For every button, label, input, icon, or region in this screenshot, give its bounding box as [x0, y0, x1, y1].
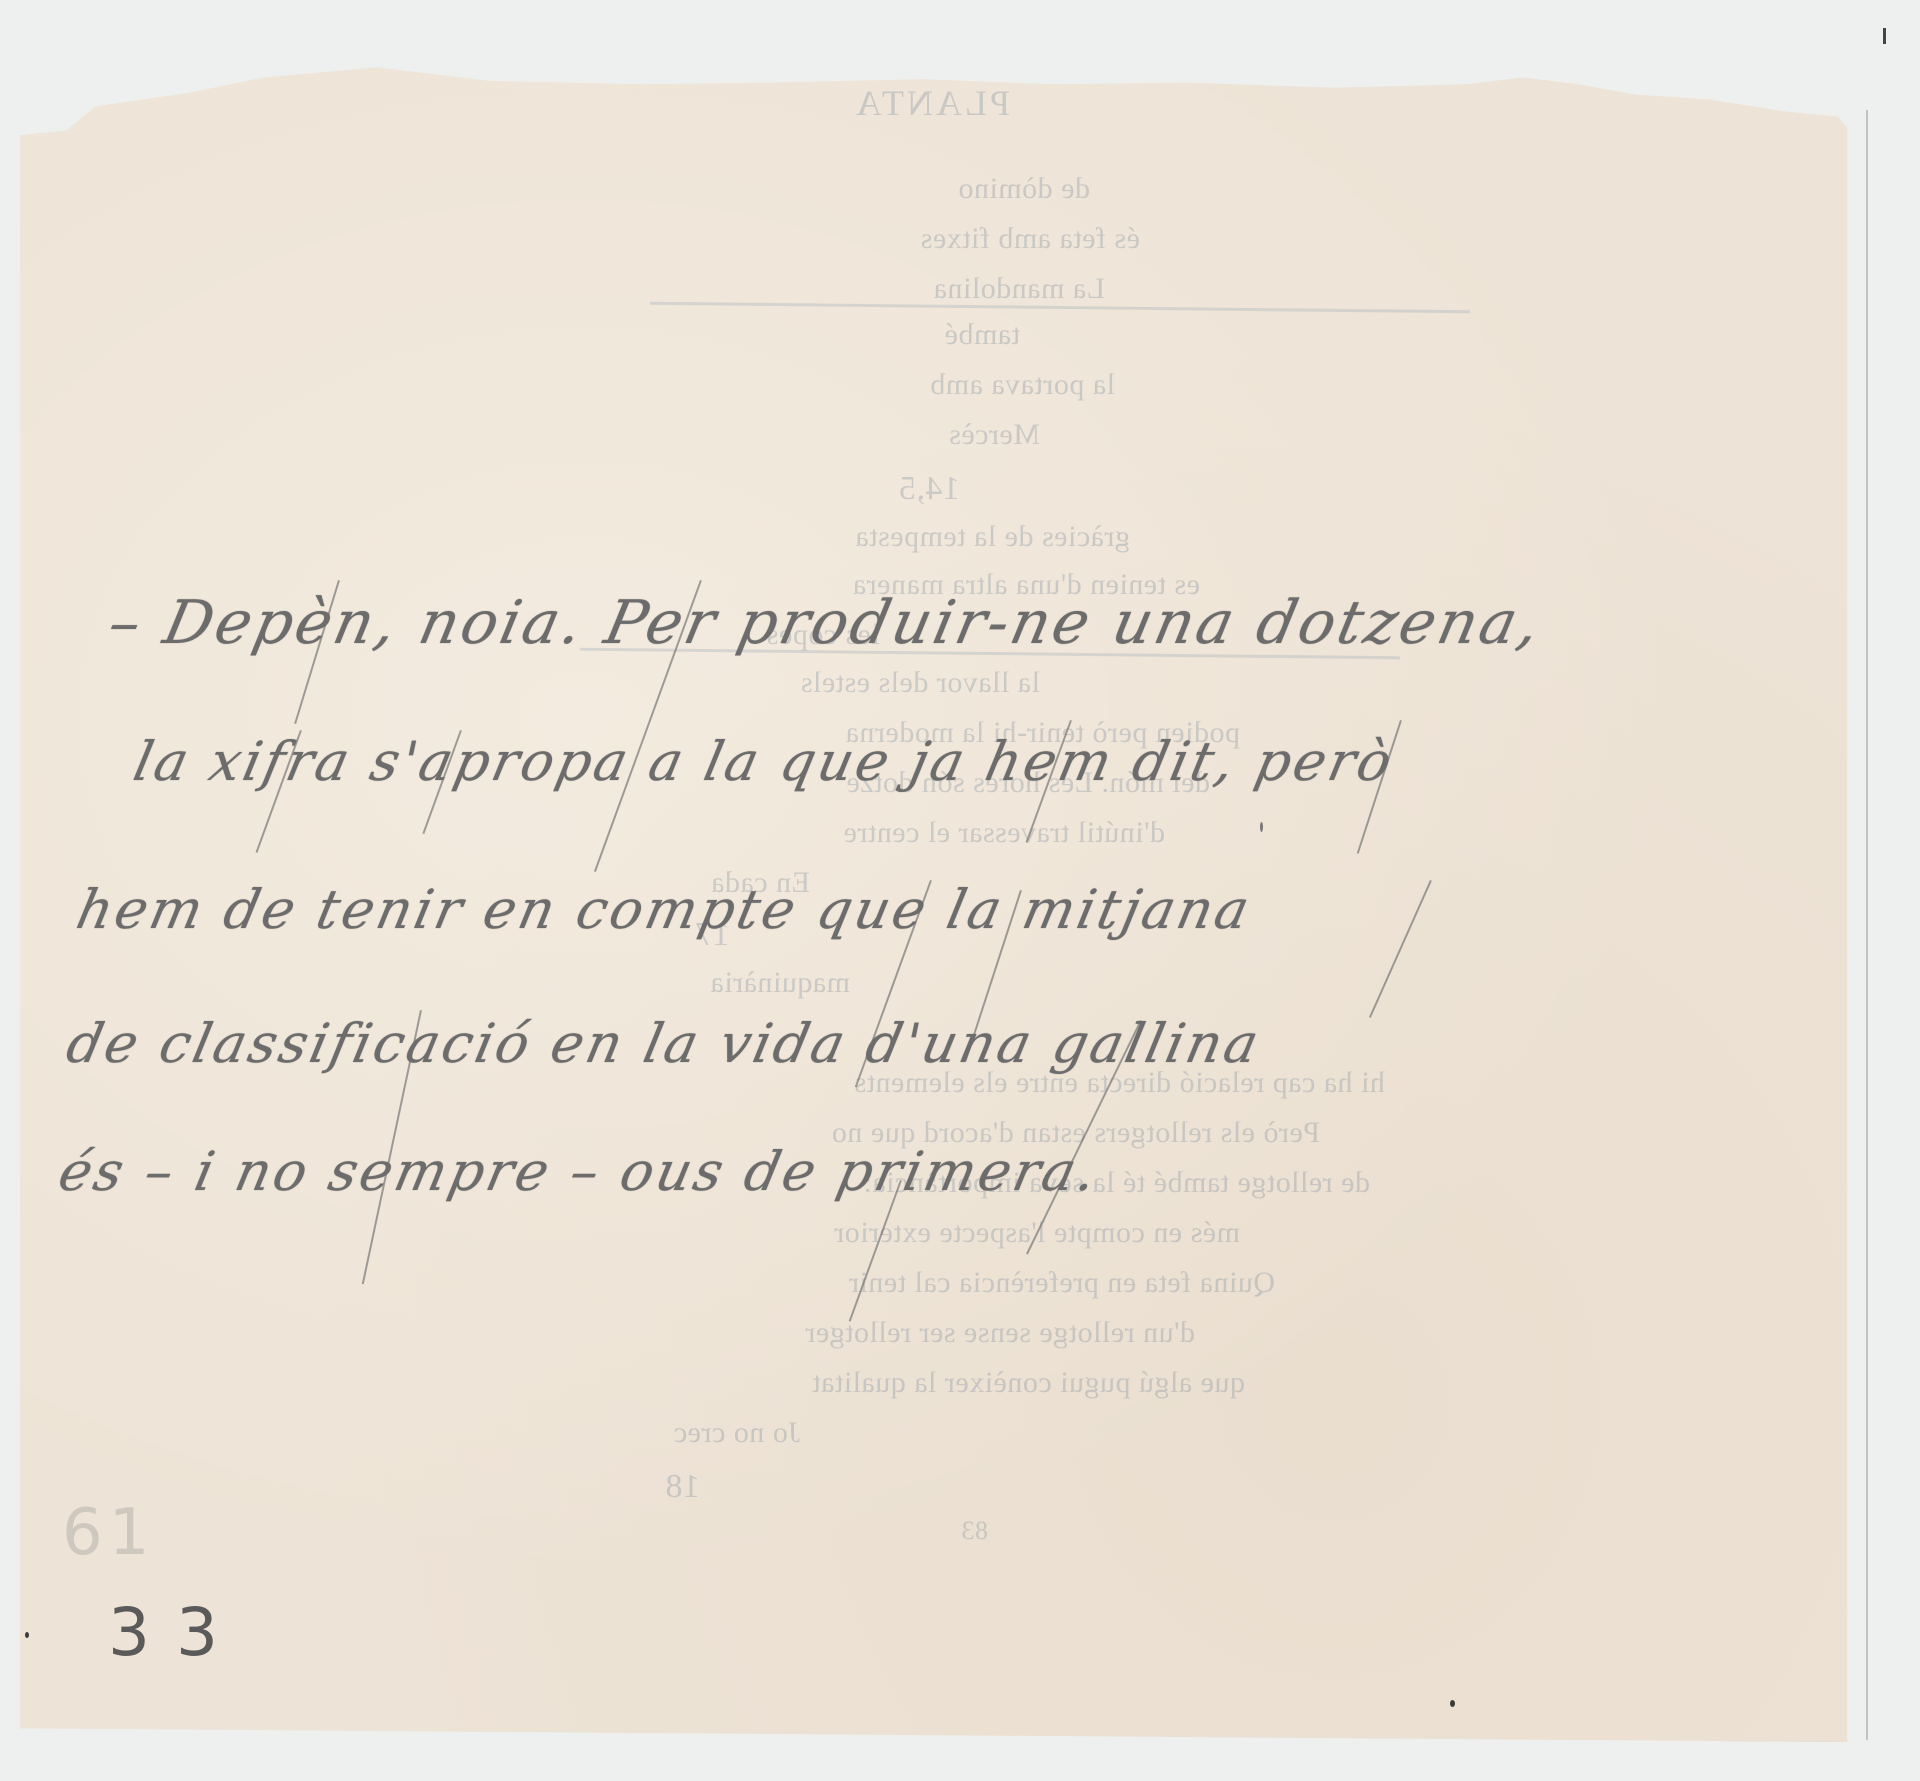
erased-folio-number: 61 — [62, 1496, 155, 1570]
handwritten-line-3: hem de tenir en compte que la mitjana — [71, 878, 1257, 941]
handwritten-line-4: de classificació en la vida d'una gallin… — [61, 1012, 1266, 1075]
handwritten-line-2: la xifra s'apropa a la que ja hem dit, p… — [128, 730, 1400, 793]
paper-speck — [1260, 822, 1263, 832]
handwritten-line-1: – Depèn, noia. Per produir-ne una dotzen… — [103, 588, 1549, 658]
handwritten-line-5: és – i no sempre – ous de primera. — [53, 1140, 1105, 1203]
sheet-right-edge — [1866, 110, 1868, 1740]
folio-number: 33 — [108, 1594, 244, 1671]
paper-speck — [1450, 1700, 1455, 1707]
scan-margin-mark — [1883, 28, 1886, 44]
paper-speck — [25, 1632, 29, 1638]
